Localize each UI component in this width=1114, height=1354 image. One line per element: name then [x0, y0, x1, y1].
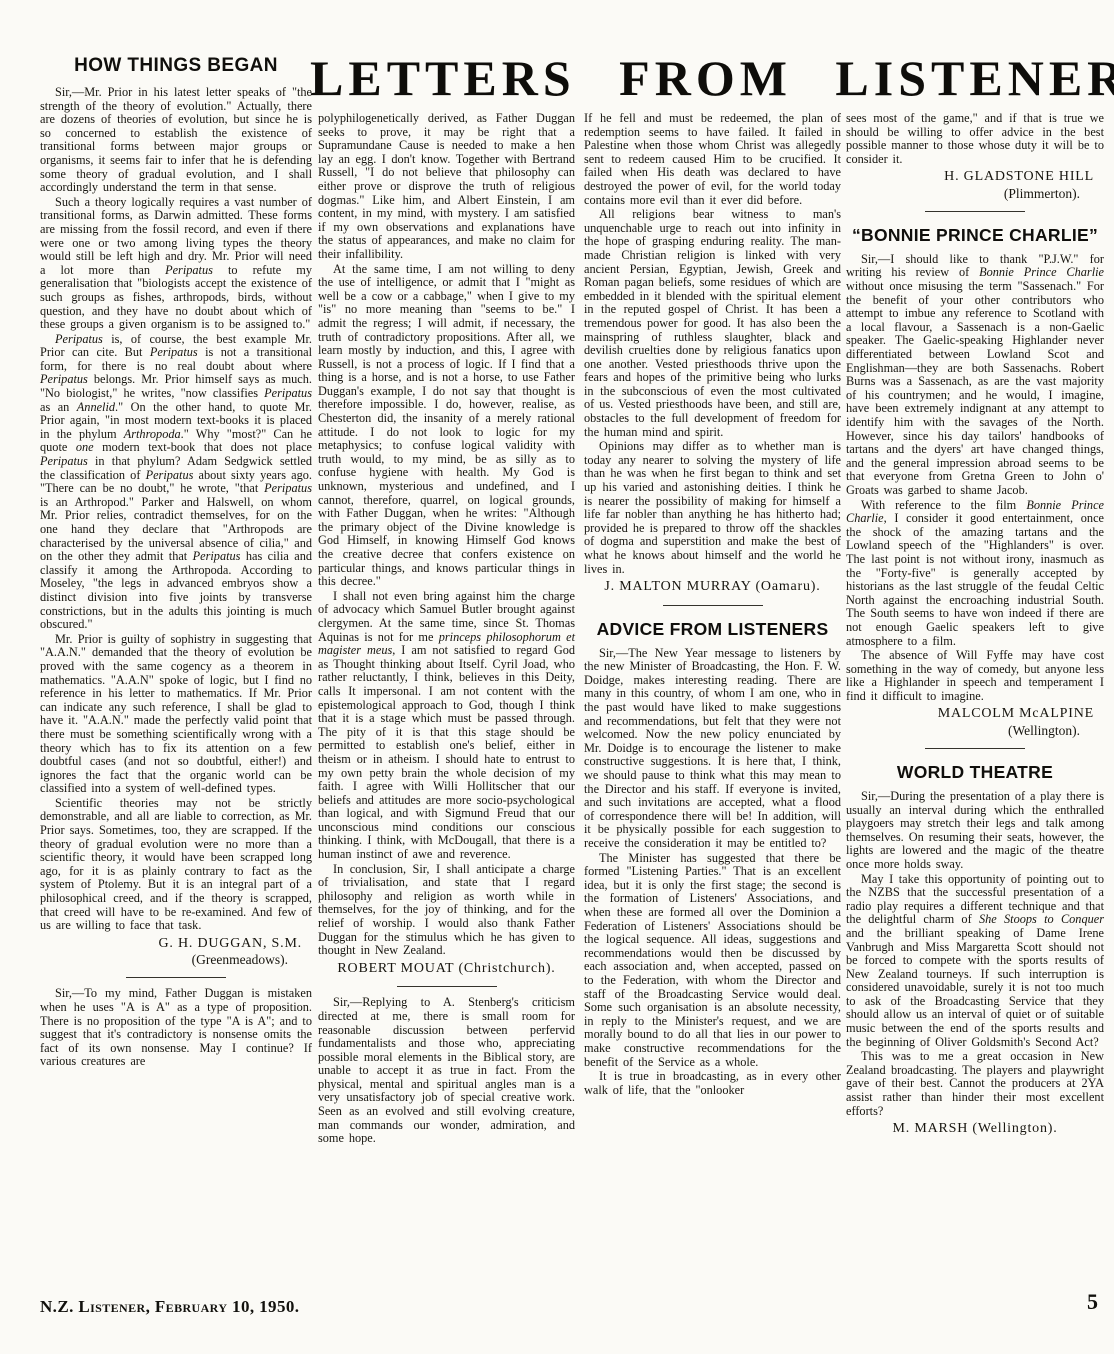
signature-name: ROBERT MOUAT (Christchurch).: [318, 961, 575, 978]
letter-paragraph: The absence of Will Fyffe may have cost …: [846, 649, 1104, 703]
letter-paragraph: I shall not even bring against him the c…: [318, 590, 575, 862]
letter-heading-world-theatre: WORLD THEATRE: [846, 762, 1104, 782]
signature: ROBERT MOUAT (Christchurch).: [318, 961, 575, 978]
letter-paragraph: It is true in broadcasting, as in every …: [584, 1070, 841, 1097]
letter-paragraph: polyphilogenetically derived, as Father …: [318, 112, 575, 262]
signature-divider: [925, 748, 1025, 749]
letter-paragraph: With reference to the film Bonnie Prince…: [846, 499, 1104, 649]
signature-divider: [663, 605, 763, 606]
signature-name: MALCOLM McALPINE: [846, 706, 1104, 723]
signature: MALCOLM McALPINE (Wellington).: [846, 706, 1104, 739]
letter-paragraph: Scientific theories may not be strictly …: [40, 797, 312, 933]
letter-paragraph: Sir,—Mr. Prior in his latest letter spea…: [40, 86, 312, 195]
letter-paragraph: Opinions may differ as to whether man is…: [584, 440, 841, 576]
masthead-headline: LETTERS FROM LISTENERS: [310, 50, 1106, 106]
letter-paragraph: Sir,—To my mind, Father Duggan is mistak…: [40, 987, 312, 1069]
column-3: If he fell and must be redeemed, the pla…: [584, 112, 841, 1098]
letter-paragraph: At the same time, I am not willing to de…: [318, 263, 575, 589]
signature-divider: [925, 211, 1025, 212]
letter-paragraph: Sir,—I should like to thank "P.J.W." for…: [846, 253, 1104, 498]
signature-place: (Wellington).: [846, 723, 1104, 739]
letter-paragraph: In conclusion, Sir, I shall anticipate a…: [318, 863, 575, 958]
letter-paragraph: If he fell and must be redeemed, the pla…: [584, 112, 841, 207]
letter-paragraph: The Minister has suggested that there be…: [584, 852, 841, 1070]
letter-paragraph: Sir,—Replying to A. Stenberg's criticism…: [318, 996, 575, 1146]
letter-heading-bonnie-prince-charlie: “BONNIE PRINCE CHARLIE”: [846, 225, 1104, 245]
signature: M. MARSH (Wellington).: [846, 1121, 1104, 1138]
signature-name: H. GLADSTONE HILL: [846, 169, 1104, 186]
signature-divider: [397, 986, 497, 987]
page-number: 5: [1087, 1289, 1098, 1315]
letter-heading-how-things-began: HOW THINGS BEGAN: [40, 55, 312, 77]
signature-name: M. MARSH (Wellington).: [846, 1121, 1104, 1138]
letter-paragraph: Such a theory logically requires a vast …: [40, 196, 312, 332]
signature-name: G. H. DUGGAN, S.M.: [40, 936, 312, 953]
signature: H. GLADSTONE HILL (Plimmerton).: [846, 169, 1104, 202]
letter-paragraph: Sir,—During the presentation of a play t…: [846, 790, 1104, 872]
signature-name: J. MALTON MURRAY (Oamaru).: [584, 579, 841, 596]
issue-date-line: N.Z. Listener, February 10, 1950.: [40, 1297, 299, 1317]
signature-place: (Plimmerton).: [846, 186, 1104, 202]
column-2: polyphilogenetically derived, as Father …: [318, 112, 575, 1147]
signature-place: (Greenmeadows).: [40, 952, 312, 968]
letter-paragraph: Sir,—The New Year message to listeners b…: [584, 647, 841, 851]
letter-heading-advice-from-listeners: ADVICE FROM LISTENERS: [584, 619, 841, 639]
letter-paragraph: sees most of the game," and if that is t…: [846, 112, 1104, 166]
column-4: sees most of the game," and if that is t…: [846, 112, 1104, 1138]
newspaper-page: LETTERS FROM LISTENERS HOW THINGS BEGAN …: [0, 0, 1114, 1354]
signature: G. H. DUGGAN, S.M. (Greenmeadows).: [40, 936, 312, 969]
letter-paragraph: May I take this opportunity of pointing …: [846, 873, 1104, 1050]
column-1: HOW THINGS BEGAN Sir,—Mr. Prior in his l…: [40, 55, 312, 1070]
signature-divider: [126, 977, 226, 978]
letter-paragraph: Mr. Prior is guilty of sophistry in sugg…: [40, 633, 312, 796]
letter-paragraph: Peripatus is, of course, the best exampl…: [40, 333, 312, 632]
letter-paragraph: This was to me a great occasion in New Z…: [846, 1050, 1104, 1118]
signature: J. MALTON MURRAY (Oamaru).: [584, 579, 841, 596]
letter-paragraph: All religions bear witness to man's unqu…: [584, 208, 841, 439]
